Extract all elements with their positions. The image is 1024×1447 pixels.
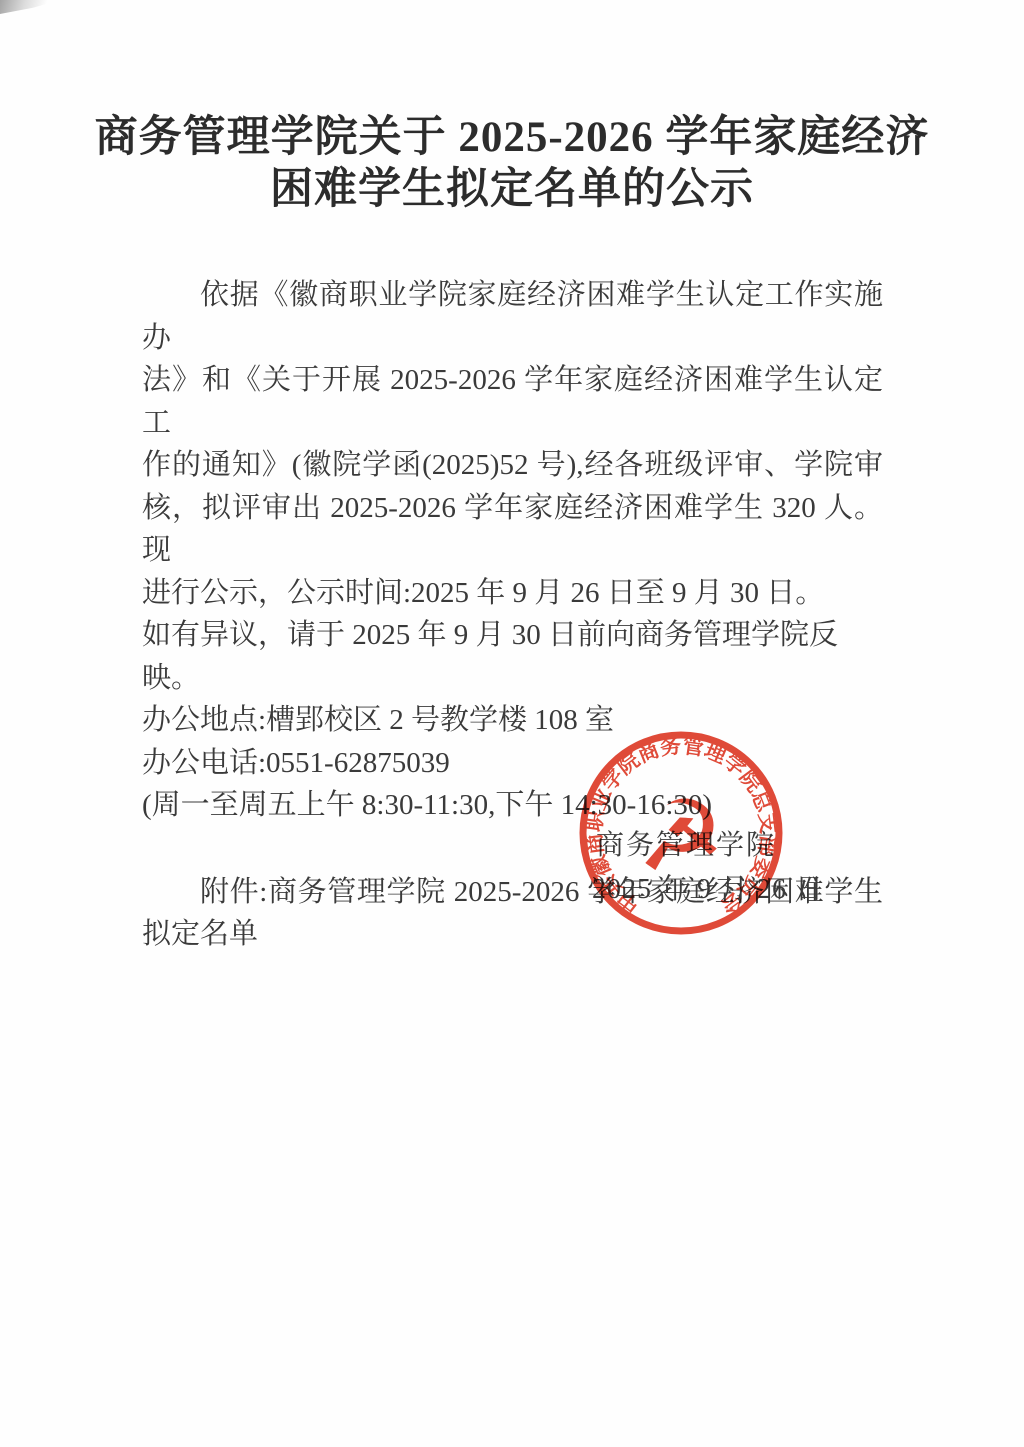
body-line: 核，拟评审出 2025-2026 学年家庭经济困难学生 320 人。现 bbox=[142, 487, 883, 572]
body-line: 依据《徽商职业学院家庭经济困难学生认定工作实施办 bbox=[142, 274, 883, 359]
body-line: 如有异议，请于 2025 年 9 月 30 日前向商务管理学院反映。 bbox=[142, 614, 883, 699]
document-title: 商务管理学院关于 2025-2026 学年家庭经济 困难学生拟定名单的公示 bbox=[0, 112, 1024, 216]
official-seal-graphic: 中共徽商职业学院商务管理学院总支部委员会 ☭ bbox=[576, 728, 786, 938]
scan-corner-smudge bbox=[0, 0, 60, 14]
body-line: 进行公示，公示时间:2025 年 9 月 26 日至 9 月 30 日。 bbox=[142, 572, 883, 615]
document-title-line2: 困难学生拟定名单的公示 bbox=[270, 166, 754, 213]
hammer-and-sickle-icon: ☭ bbox=[637, 780, 725, 894]
document-title-line1: 商务管理学院关于 2025-2026 学年家庭经济 bbox=[95, 114, 930, 161]
notice-document-page: 商务管理学院关于 2025-2026 学年家庭经济 困难学生拟定名单的公示 依据… bbox=[0, 0, 1024, 1447]
body-line: 作的通知》(徽院学函(2025)52 号),经各班级评审、学院审 bbox=[142, 444, 883, 487]
body-line: 法》和《关于开展 2025-2026 学年家庭经济困难学生认定工 bbox=[142, 359, 883, 444]
official-seal: 中共徽商职业学院商务管理学院总支部委员会 ☭ bbox=[576, 728, 786, 938]
